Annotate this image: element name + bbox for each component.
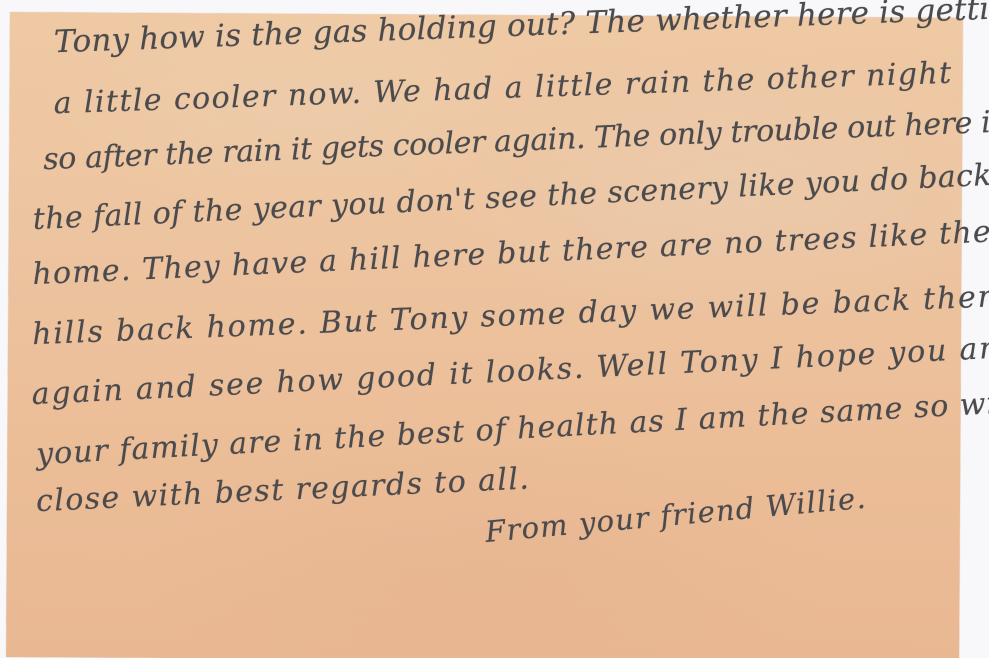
letter-signature: From your friend Willie.: [484, 481, 868, 549]
letter-line: Tony how is the gas holding out? The whe…: [53, 0, 989, 60]
scanned-page: Tony how is the gas holding out? The whe…: [0, 0, 989, 658]
letter-closing-line: close with best regards to all.: [35, 461, 531, 519]
letter-paper: Tony how is the gas holding out? The whe…: [6, 12, 963, 658]
